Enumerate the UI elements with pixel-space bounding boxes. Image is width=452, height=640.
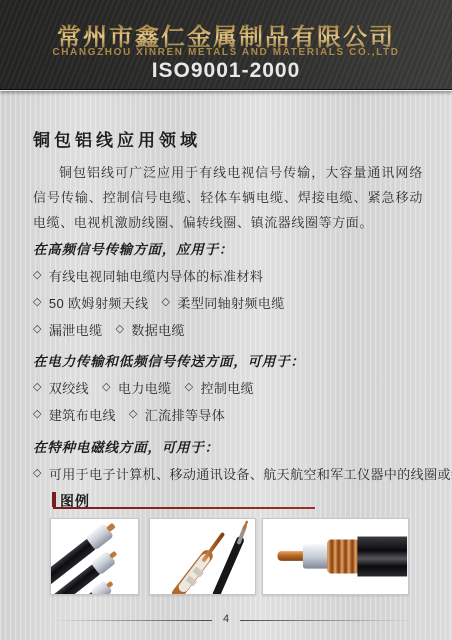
bullet-item-label: 汇流排等导体 — [145, 405, 225, 424]
bullet-row: ◇有线电视同轴电缆内导体的标准材料 — [33, 266, 428, 285]
bullet-row: ◇50 欧姆射频天线 ◇柔型同轴射频电缆 — [33, 293, 428, 312]
diamond-bullet-icon: ◇ — [102, 380, 111, 393]
diamond-bullet-icon: ◇ — [162, 295, 171, 308]
company-name-english: CHANGZHOU XINREN METALS AND MATERIALS CO… — [0, 47, 452, 58]
stripped-coaxial-cables-illustration — [150, 519, 255, 594]
bullet-item-label: 柔型同轴射频电缆 — [177, 293, 284, 312]
section-heading: 在电力传输和低频信号传送方面，可用于： — [33, 350, 428, 370]
bullet-item: ◇建筑布电线 — [33, 405, 116, 424]
bullet-item: ◇可用于电子计算机、移动通讯设备、航天航空和军工仪器中的线圈或绕组。 — [33, 464, 452, 483]
bullet-row: ◇双绞线 ◇电力电缆 ◇控制电缆 — [33, 378, 428, 397]
diamond-bullet-icon: ◇ — [115, 322, 124, 335]
section-heading: 在特种电磁线方面，可用于： — [33, 436, 428, 456]
bullet-item: ◇数据电缆 — [115, 320, 184, 339]
bullet-item-label: 漏泄电缆 — [49, 320, 103, 339]
diamond-bullet-icon: ◇ — [33, 268, 42, 281]
brochure-page: 常州市鑫仁金属制品有限公司 CHANGZHOU XINREN METALS AN… — [0, 0, 452, 640]
bullet-row: ◇建筑布电线 ◇汇流排等导体 — [33, 405, 428, 424]
coaxial-cable-connectors-illustration — [51, 519, 138, 594]
intro-paragraph: 铜包铝线可广泛应用于有线电视信号传输，大容量通讯网络信号传输、控制信号电缆、轻体… — [33, 160, 423, 235]
bullet-item-label: 双绞线 — [49, 378, 89, 397]
bullet-item: ◇电力电缆 — [102, 378, 171, 397]
legend-underline — [53, 507, 315, 509]
bullet-item-label: 电力电缆 — [118, 378, 172, 397]
legend-image-stripped-cables — [149, 518, 256, 595]
legend-image-corrugated-cable — [262, 518, 409, 595]
page-footer: 4 — [0, 612, 452, 628]
section-power-transmission: 在电力传输和低频信号传送方面，可用于： ◇双绞线 ◇电力电缆 ◇控制电缆 ◇建筑… — [33, 350, 428, 424]
bullet-item-label: 50 欧姆射频天线 — [49, 293, 149, 312]
bullet-item: ◇50 欧姆射频天线 — [33, 293, 149, 312]
diamond-bullet-icon: ◇ — [129, 407, 138, 420]
bullet-item: ◇控制电缆 — [185, 378, 254, 397]
section-high-frequency: 在高频信号传输方面，应用于： ◇有线电视同轴电缆内导体的标准材料 ◇50 欧姆射… — [33, 238, 428, 339]
diamond-bullet-icon: ◇ — [33, 466, 42, 479]
section-magnet-wire: 在特种电磁线方面，可用于： ◇可用于电子计算机、移动通讯设备、航天航空和军工仪器… — [33, 436, 428, 483]
bullet-row: ◇可用于电子计算机、移动通讯设备、航天航空和军工仪器中的线圈或绕组。 — [33, 464, 428, 483]
bullet-item: ◇汇流排等导体 — [129, 405, 225, 424]
bullet-item: ◇双绞线 — [33, 378, 89, 397]
bullet-item: ◇柔型同轴射频电缆 — [162, 293, 285, 312]
bullet-item: ◇漏泄电缆 — [33, 320, 102, 339]
bullet-item-label: 有线电视同轴电缆内导体的标准材料 — [49, 266, 263, 285]
bullet-row: ◇漏泄电缆 ◇数据电缆 — [33, 320, 428, 339]
diamond-bullet-icon: ◇ — [33, 407, 42, 420]
section-heading: 在高频信号传输方面，应用于： — [33, 238, 428, 258]
header-band: 常州市鑫仁金属制品有限公司 CHANGZHOU XINREN METALS AN… — [0, 0, 452, 90]
legend-image-coaxial-connectors — [50, 518, 139, 595]
red-accent-bar — [52, 492, 56, 507]
diamond-bullet-icon: ◇ — [33, 380, 42, 393]
diamond-bullet-icon: ◇ — [185, 380, 194, 393]
bullet-item-label: 建筑布电线 — [49, 405, 116, 424]
bullet-item: ◇有线电视同轴电缆内导体的标准材料 — [33, 266, 263, 285]
diamond-bullet-icon: ◇ — [33, 295, 42, 308]
bullet-item-label: 可用于电子计算机、移动通讯设备、航天航空和军工仪器中的线圈或绕组。 — [49, 464, 452, 483]
bullet-item-label: 数据电缆 — [131, 320, 185, 339]
page-number: 4 — [0, 613, 452, 625]
iso-certification-text: ISO9001-2000 — [0, 59, 452, 83]
bullet-item-label: 控制电缆 — [200, 378, 254, 397]
corrugated-coaxial-cable-illustration — [263, 519, 408, 594]
page-title: 铜包铝线应用领域 — [33, 126, 201, 151]
diamond-bullet-icon: ◇ — [33, 322, 42, 335]
